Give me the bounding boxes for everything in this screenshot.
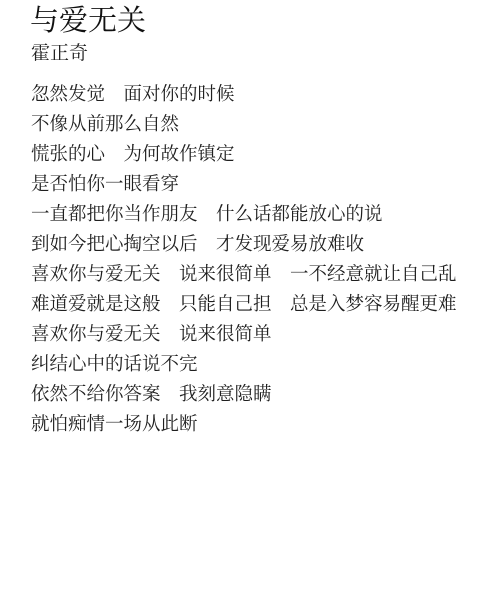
lyric-line: 喜欢你与爱无关 说来很简单 [31, 320, 457, 350]
lyric-line: 慌张的心 为何故作镇定 [31, 140, 457, 170]
lyric-line: 忽然发觉 面对你的时候 [31, 80, 457, 110]
song-title: 与爱无关 [30, 2, 146, 38]
lyric-line: 就怕痴情一场从此断 [31, 410, 457, 440]
lyric-line: 不像从前那么自然 [31, 110, 457, 140]
lyric-line: 到如今把心掏空以后 才发现爱易放难收 [31, 230, 457, 260]
lyric-line: 一直都把你当作朋友 什么话都能放心的说 [31, 200, 457, 230]
lyric-line: 难道爱就是这般 只能自己担 总是入梦容易醒更难 [31, 290, 457, 320]
song-artist: 霍正奇 [31, 40, 88, 66]
lyric-line: 依然不给你答案 我刻意隐瞒 [31, 380, 457, 410]
lyrics-list: 忽然发觉 面对你的时候 不像从前那么自然 慌张的心 为何故作镇定 是否怕你一眼看… [31, 80, 457, 440]
lyric-line: 是否怕你一眼看穿 [31, 170, 457, 200]
lyric-line: 喜欢你与爱无关 说来很简单 一不经意就让自己乱 [31, 260, 457, 290]
lyric-line: 纠结心中的话说不完 [31, 350, 457, 380]
